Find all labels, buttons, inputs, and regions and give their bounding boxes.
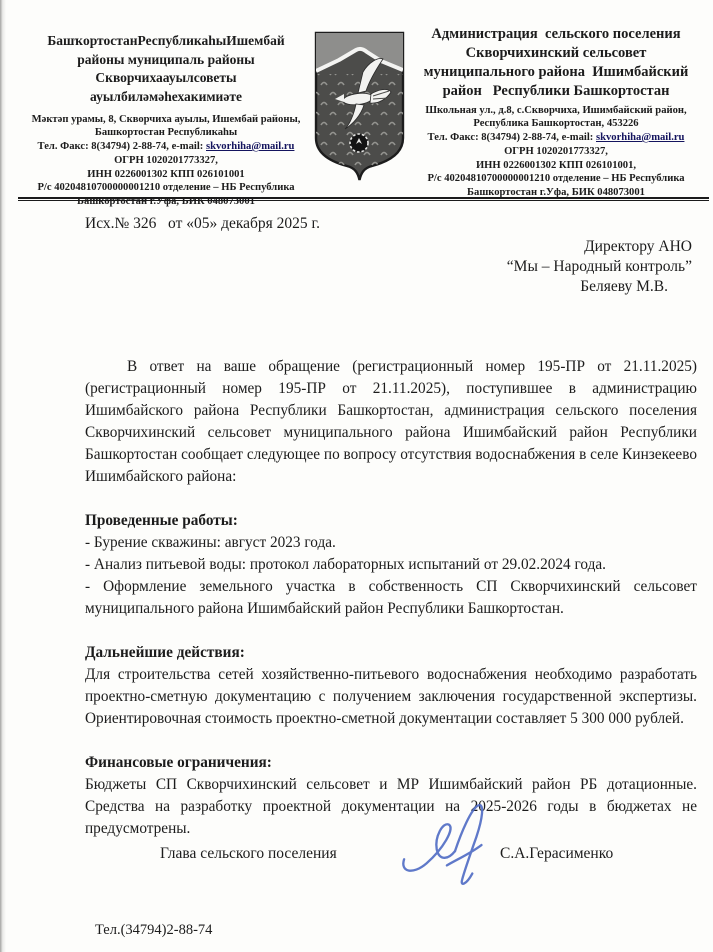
org-right-email-link[interactable]: skvorhiha@mail.ru (596, 132, 684, 143)
org-right-details: Школьная ул., д.8, с.Скворчиха, Ишимбайс… (408, 104, 704, 200)
letter-body: В ответ на ваше обращение (регистрационн… (85, 356, 697, 862)
section-completed-works: Проведенные работы: - Бурение скважины: … (85, 510, 697, 620)
section-heading: Проведенные работы: (85, 510, 697, 532)
org-left-reg-line: ИНН 0226001302 КПП 026101001 (28, 168, 304, 182)
org-right-contact-prefix: Тел. Факс: 8(34794) 2-88-74, e-mail: (428, 132, 596, 143)
org-left-reg-line: ОГРН 1020201773327, (28, 154, 304, 168)
org-left-address-line: Башкортостан Республикаһы (28, 126, 304, 140)
org-right-block: Администрация сельского поселения Скворч… (408, 25, 704, 200)
section-heading: Дальнейшие действия: (85, 642, 697, 664)
section-line: Бюджеты СП Скворчихинский сельсовет и МР… (85, 774, 697, 840)
org-right-address-line: Школьная ул., д.8, с.Скворчиха, Ишимбайс… (408, 104, 704, 118)
org-right-address-line: Республика Башкортостан, 453226 (408, 117, 704, 131)
addressee-line: Директору АНО (430, 237, 692, 257)
org-left-title-line: районы муниципаль районы (28, 51, 304, 70)
section-line: - Анализ питьевой воды: протокол лаборат… (85, 554, 697, 576)
org-right-title-line: Администрация сельского поселения (408, 25, 704, 44)
letter-page: БашҡортостанРеспубликаһыИшембай районы м… (0, 0, 713, 952)
org-right-title-line: муниципального района Ишимбайский (408, 63, 704, 82)
org-left-block: БашҡортостанРеспубликаһыИшембай районы м… (28, 32, 304, 209)
org-right-title-line: Скворчихинский сельсовет (408, 44, 704, 63)
coat-of-arms-icon (311, 28, 408, 184)
letterhead-divider (18, 197, 709, 201)
section-heading: Финансовые ограничения: (85, 752, 697, 774)
outgoing-number-line: Исх.№ 326 от «05» декабря 2025 г. (85, 215, 320, 233)
signatory-position-label: Глава сельского поселения (160, 845, 337, 863)
org-left-details: Мәктәп урамы, 8, Скворчиха ауылы, Ишемба… (28, 113, 304, 209)
footer-phone: Тел.(34794)2-88-74 (95, 922, 212, 939)
org-right-reg-line: ОГРН 1020201773327, (408, 145, 704, 159)
org-left-title-line: ауылбиләмәһехакимиәте (28, 88, 304, 107)
signatory-name: С.А.Герасименко (500, 845, 613, 863)
signature-ink-icon (398, 798, 510, 890)
org-left-reg-line: Р/с 40204810700000001210 отделение – НБ … (28, 181, 304, 195)
org-right-contact-line: Тел. Факс: 8(34794) 2-88-74, e-mail: skv… (408, 131, 704, 145)
org-left-address-line: Мәктәп урамы, 8, Скворчиха ауылы, Ишемба… (28, 113, 304, 127)
org-right-reg-line: ИНН 0226001302 КПП 026101001, (408, 159, 704, 173)
section-financial-limits: Финансовые ограничения: Бюджеты СП Сквор… (85, 752, 697, 840)
org-left-title-line: Скворчихаауылсоветы (28, 69, 304, 88)
org-left-contact-prefix: Тел. Факс: 8(34794) 2-88-74, e-mail: (38, 141, 206, 152)
section-line: - Оформление земельного участка в собств… (85, 576, 697, 620)
org-right-title: Администрация сельского поселения Скворч… (408, 25, 704, 102)
org-right-reg-line: Р/с 40204810700000001210 отделение – НБ … (408, 172, 704, 186)
org-left-title: БашҡортостанРеспубликаһыИшембай районы м… (28, 32, 304, 107)
addressee-line: Беляеву М.В. (430, 277, 692, 297)
addressee-block: Директору АНО “Мы – Народный контроль” Б… (430, 237, 692, 296)
section-next-steps: Дальнейшие действия: Для строительства с… (85, 642, 697, 730)
section-line: - Бурение скважины: август 2023 года. (85, 532, 697, 554)
org-left-title-line: БашҡортостанРеспубликаһыИшембай (28, 32, 304, 51)
letterhead: БашҡортостанРеспубликаһыИшембай районы м… (0, 0, 713, 196)
section-line: Для строительства сетей хозяйственно-пит… (85, 664, 697, 730)
org-right-title-line: район Республики Башкортостан (408, 82, 704, 101)
intro-paragraph: В ответ на ваше обращение (регистрационн… (85, 356, 697, 488)
org-left-contact-line: Тел. Факс: 8(34794) 2-88-74, e-mail: skv… (28, 140, 304, 154)
addressee-line: “Мы – Народный контроль” (430, 257, 692, 277)
org-left-email-link[interactable]: skvorhiha@mail.ru (206, 141, 294, 152)
